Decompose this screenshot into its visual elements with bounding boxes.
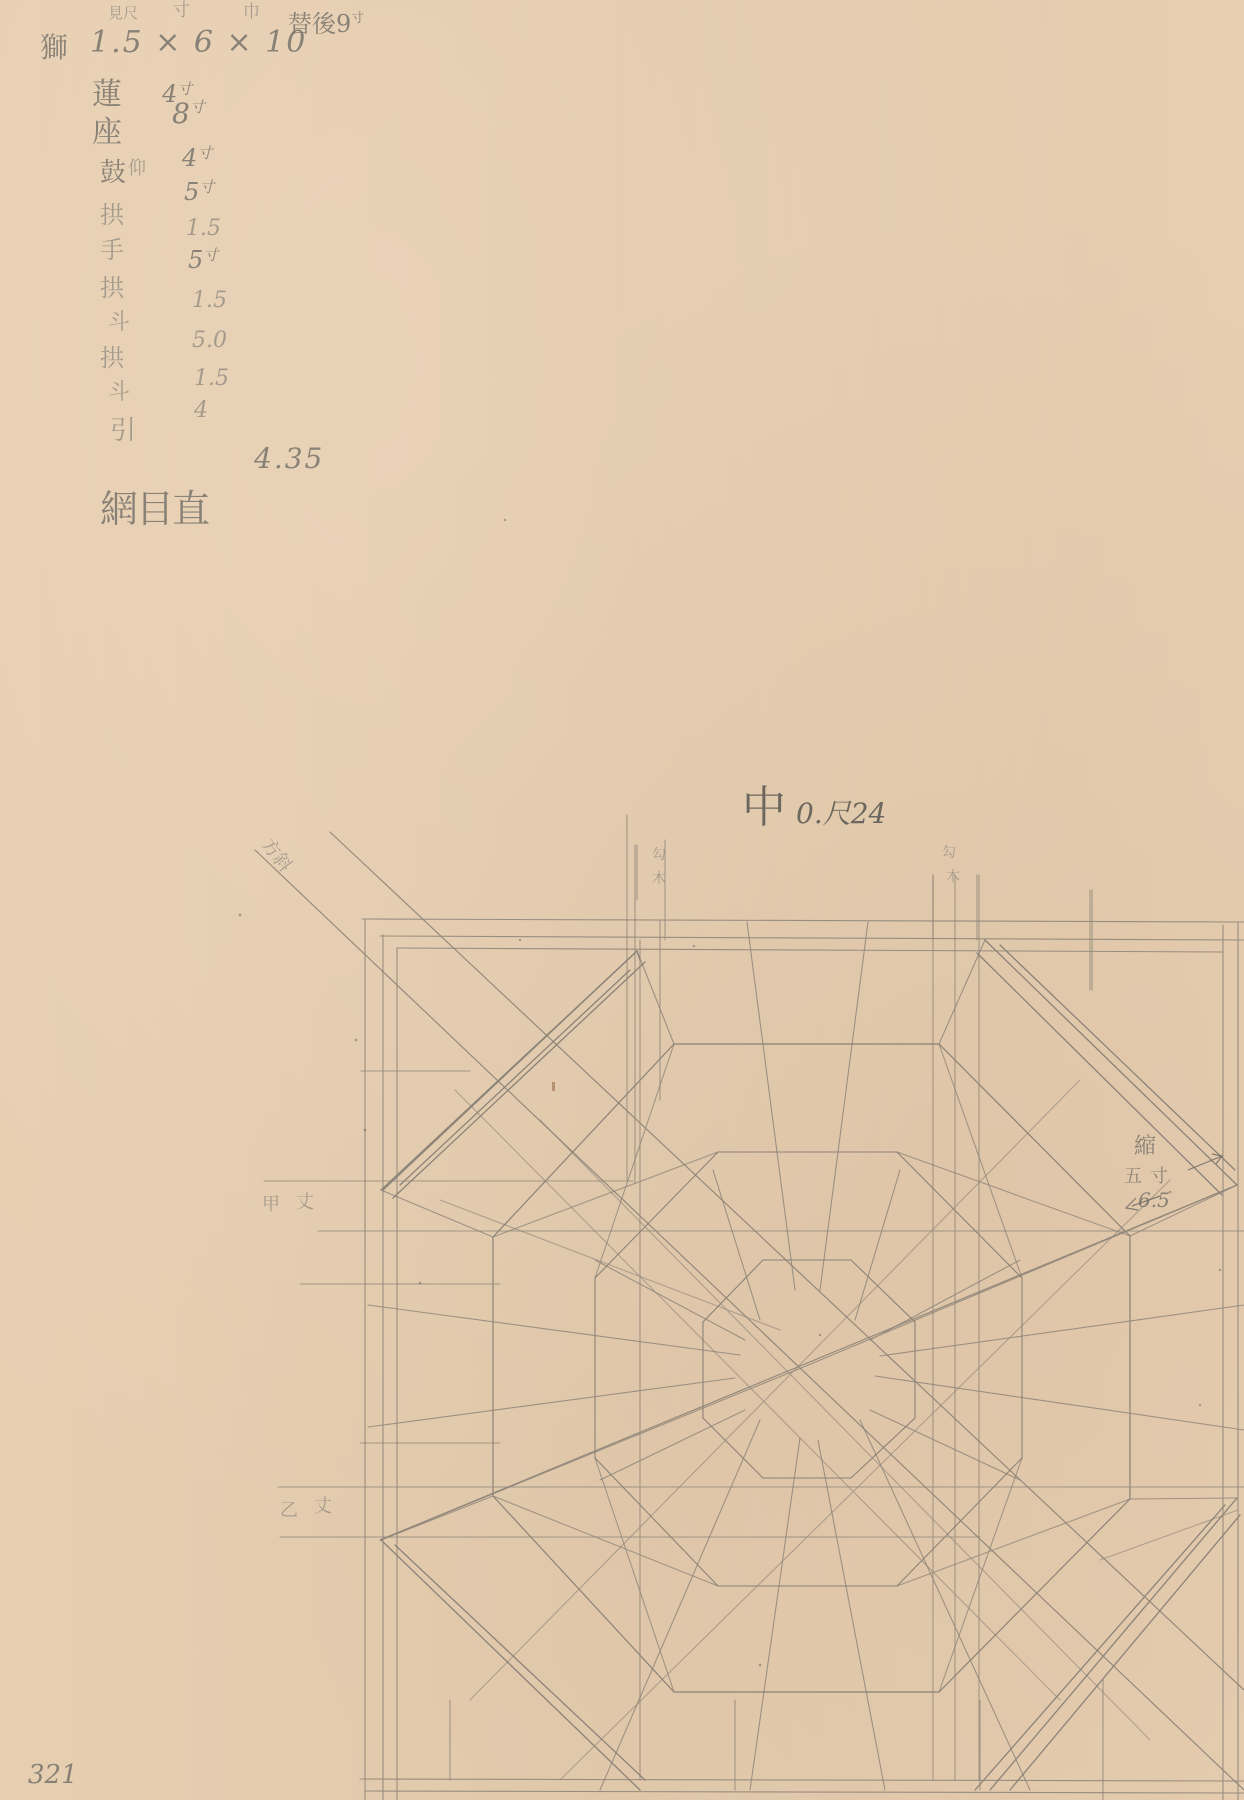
inner-octagon — [703, 1260, 915, 1478]
note-row-label: 鼓 — [100, 160, 126, 186]
drawing-title-center: 中 — [742, 786, 786, 830]
note-sup-3: 巾 — [243, 4, 260, 21]
drawing-title-value: 0.尺24 — [796, 800, 886, 828]
note-sup-2: 寸 — [172, 2, 190, 20]
note-right: 替後9寸 — [288, 12, 364, 36]
note-row-label: 蓮 — [92, 80, 122, 110]
side-label-upper-1: 甲 — [262, 1196, 280, 1214]
note-row-value: 4 — [194, 400, 208, 422]
note-row-value: 1.5 — [194, 368, 229, 390]
value: 8 — [172, 97, 190, 130]
top-right-mark-1: 勾 — [942, 846, 956, 860]
note-row-label: 引 — [110, 418, 136, 444]
value: 5 — [188, 246, 203, 274]
drawing-sheet: 獅 見尺 寸 巾 1.5 × 6 × 10 替後9寸 蓮 座 鼓 仰 拱 手 拱… — [0, 0, 1244, 1800]
note-row-label: 拱 — [100, 203, 124, 227]
side-label-lower-2: 丈 — [314, 1498, 332, 1516]
note-label-lion: 獅 — [40, 34, 68, 62]
note-row-label: 手 — [100, 238, 124, 262]
unit: 寸 — [197, 144, 212, 162]
unit: 寸 — [199, 178, 214, 196]
note-row-value: 4寸 — [182, 146, 212, 170]
note-row-value: 8寸 — [172, 100, 205, 128]
note-formula: 1.5 × 6 × 10 — [90, 28, 307, 58]
reduction-arrows-icon — [1100, 1150, 1240, 1220]
note-row-label: 座 — [92, 118, 122, 148]
note-right-text: 替後9 — [288, 10, 351, 38]
note-footer-label: 網目直 — [100, 490, 208, 528]
note-row-value: 1.5 — [192, 290, 227, 312]
note-sup-1: 見尺 — [108, 6, 138, 21]
unit: 寸 — [177, 80, 192, 98]
note-row-sublabel: 仰 — [128, 160, 146, 178]
note-row-value: 5.0 — [192, 330, 227, 352]
top-right-mark-2: 木 — [946, 870, 960, 884]
top-left-mark-1: 勾 — [652, 848, 666, 862]
value: 5 — [184, 178, 199, 206]
note-total: 4.35 — [254, 445, 324, 473]
note-right-unit: 寸 — [351, 11, 364, 26]
note-row-value: 5寸 — [188, 248, 218, 272]
top-left-mark-2: 木 — [652, 872, 666, 886]
note-row-label: 斗 — [108, 312, 130, 334]
octagonal-plan-drawing — [0, 0, 1244, 1800]
side-label-upper-2: 丈 — [296, 1194, 314, 1212]
outer-octagon — [493, 1044, 1130, 1692]
middle-octagon — [595, 1152, 1022, 1586]
note-row-value: 1.5 — [186, 218, 221, 240]
side-label-lower-1: 乙 — [280, 1502, 298, 1520]
unit: 寸 — [203, 246, 218, 264]
note-row-label: 拱 — [100, 346, 124, 370]
diamond-outline — [381, 940, 1240, 1790]
note-row-value: 5寸 — [184, 180, 214, 204]
note-row-label: 斗 — [108, 382, 130, 404]
value: 4 — [182, 144, 197, 172]
note-row-label: 拱 — [100, 276, 124, 300]
unit: 寸 — [190, 98, 205, 116]
page-number: 321 — [28, 1762, 78, 1788]
